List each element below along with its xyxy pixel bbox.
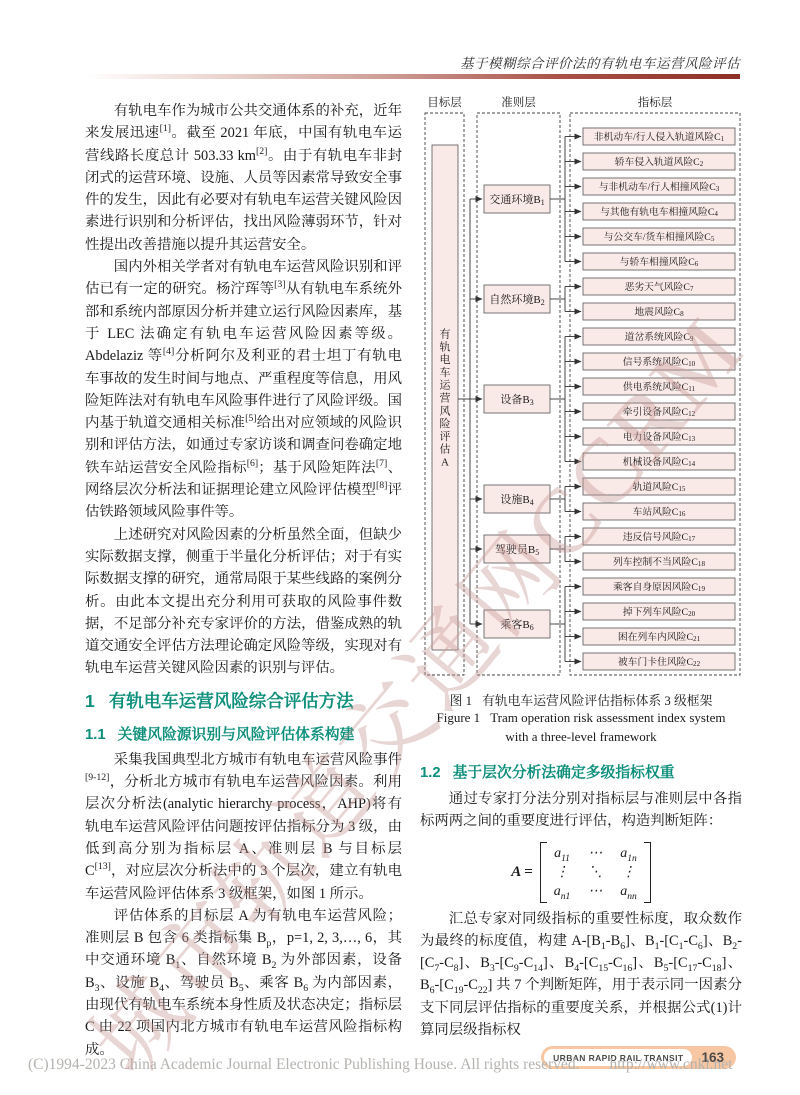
matrix-cell: ⋮: [620, 863, 637, 882]
cnki-url: http://www.cnki.net: [609, 1056, 732, 1073]
paragraph-literature: 国内外相关学者对有轨电车运营风险识别和评估已有一定的研究。杨泞珲等[3]从有轨电…: [85, 256, 402, 524]
svg-text:交通环境B1: 交通环境B1: [489, 192, 544, 207]
matrix-cell: ann: [620, 882, 637, 901]
svg-text:指标层: 指标层: [638, 95, 673, 109]
matrix-cell: an1: [554, 882, 571, 901]
svg-text:自然环境B2: 自然环境B2: [489, 292, 544, 307]
svg-text:设备B3: 设备B3: [500, 393, 533, 407]
svg-text:供电系统风险C11: 供电系统风险C11: [623, 380, 696, 393]
svg-text:与公交车/货车相撞风险C5: 与公交车/货车相撞风险C5: [604, 230, 715, 243]
paragraph-index-layers: 评估体系的目标层 A 为有轨电车运营风险；准则层 B 包含 6 类指标集 Bp，…: [85, 905, 402, 1061]
copyright-text: (C)1994-2023 China Academic Journal Elec…: [28, 1056, 579, 1073]
section-1-1-heading: 1.1关键风险源识别与风险评估体系构建: [85, 723, 402, 744]
figure-1-caption-zh-number: 图 1: [450, 694, 472, 708]
section-1-1-number: 1.1: [85, 727, 106, 743]
svg-text:牵引设备风险C12: 牵引设备风险C12: [623, 405, 696, 418]
matrix-entries: a11 ⋯ a1n ⋮ ⋱ ⋮ an1 ⋯ ann: [547, 842, 644, 903]
svg-text:被车门卡住风险C22: 被车门卡住风险C22: [618, 655, 701, 668]
judgment-matrix-equation: A = a11 ⋯ a1n ⋮ ⋱ ⋮ an1 ⋯ ann: [420, 842, 742, 903]
svg-text:与其他有轨电车相撞风险C4: 与其他有轨电车相撞风险C4: [600, 205, 718, 218]
svg-text:轿车侵入轨道风险C2: 轿车侵入轨道风险C2: [615, 155, 704, 168]
svg-text:困在列车内风险C21: 困在列车内风险C21: [618, 630, 701, 643]
svg-text:有: 有: [440, 328, 451, 341]
matrix-right-bracket: [644, 842, 651, 903]
svg-text:列车控制不当风险C18: 列车控制不当风险C18: [613, 555, 705, 568]
svg-text:轨: 轨: [440, 339, 451, 353]
matrix-cell: a11: [554, 844, 571, 863]
svg-text:A: A: [441, 457, 449, 469]
svg-text:非机动车/行人侵入轨道风险C1: 非机动车/行人侵入轨道风险C1: [594, 130, 725, 143]
svg-text:车站风险C16: 车站风险C16: [633, 505, 686, 518]
section-1-1-title: 关键风险源识别与风险评估体系构建: [118, 727, 355, 743]
matrix-cell: ⋱: [588, 863, 602, 882]
matrix-cell: ⋮: [554, 863, 571, 882]
paragraph-judgment-matrix-intro: 通过专家打分法分别对指标层与准则层中各指标两两之间的重要度进行评估，构造判断矩阵…: [420, 788, 742, 833]
svg-text:电力设备风险C13: 电力设备风险C13: [623, 430, 696, 443]
paragraph-seven-matrices: 汇总专家对同级指标的重要性标度，取众数作为最终的标度值，构建 A-[B1-B6]…: [420, 908, 742, 1042]
svg-text:电: 电: [440, 352, 451, 366]
paper-page: 基于模糊综合评价法的有轨电车运营风险评估 有轨电车作为城市公共交通体系的补充，近…: [0, 0, 800, 1095]
matrix-left-bracket: [540, 842, 547, 903]
svg-text:设施B4: 设施B4: [500, 493, 533, 507]
svg-text:评: 评: [440, 430, 451, 443]
matrix-cell: ⋯: [588, 882, 602, 901]
figure-1-diagram: 目标层准则层指标层有轨电车运营风险评估A非机动车/行人侵入轨道风险C1轿车侵入轨…: [420, 93, 742, 685]
section-1-2-heading: 1.2基于层次分析法确定多级指标权重: [420, 761, 742, 782]
matrix-cell: ⋯: [588, 844, 602, 863]
section-1-2-number: 1.2: [420, 765, 441, 781]
svg-text:信号系统风险C10: 信号系统风险C10: [623, 355, 696, 368]
svg-text:风: 风: [440, 404, 451, 417]
svg-text:道岔系统风险C9: 道岔系统风险C9: [625, 330, 694, 343]
figure-1-caption-en-number: Figure 1: [436, 710, 480, 725]
right-column: 目标层准则层指标层有轨电车运营风险评估A非机动车/行人侵入轨道风险C1轿车侵入轨…: [420, 93, 742, 1041]
svg-text:目标层: 目标层: [427, 95, 462, 109]
section-1-title: 有轨电车运营风险综合评估方法: [109, 691, 354, 711]
figure-1-caption-zh-text: 有轨电车运营风险评估指标体系 3 级框架: [482, 694, 712, 708]
svg-text:机械设备风险C14: 机械设备风险C14: [623, 455, 696, 468]
paragraph-intro: 有轨电车作为城市公共交通体系的补充，近年来发展迅速[1]。截至 2021 年底，…: [85, 100, 402, 256]
svg-text:与非机动车/行人相撞风险C3: 与非机动车/行人相撞风险C3: [599, 180, 720, 193]
figure-1-caption-zh: 图 1有轨电车运营风险评估指标体系 3 级框架: [420, 690, 742, 709]
matrix-cell: a1n: [620, 844, 637, 863]
copyright-line: (C)1994-2023 China Academic Journal Elec…: [28, 1056, 732, 1074]
svg-text:营: 营: [440, 391, 451, 405]
figure-1-caption-en-line2: with a three-level framework: [420, 728, 742, 747]
svg-text:运: 运: [440, 379, 452, 392]
svg-text:违反信号风险C17: 违反信号风险C17: [623, 530, 696, 543]
svg-text:车: 车: [440, 366, 451, 379]
paragraph-ahp-method: 采集我国典型北方城市有轨电车运营风险事件[9-12]，分析北方城市有轨电车运营风…: [85, 749, 402, 905]
paragraph-motivation: 上述研究对风险因素的分析虽然全面，但缺少实际数据支撑，侧重于半量化分析评估；对于…: [85, 524, 402, 680]
figure-1-caption-en: Figure 1Tram operation risk assessment i…: [420, 709, 742, 728]
svg-text:估: 估: [440, 442, 451, 456]
svg-text:与轿车相撞风险C6: 与轿车相撞风险C6: [620, 255, 699, 268]
left-column: 有轨电车作为城市公共交通体系的补充，近年来发展迅速[1]。截至 2021 年底，…: [85, 100, 402, 1061]
section-1-2-title: 基于层次分析法确定多级指标权重: [453, 765, 675, 781]
svg-text:险: 险: [440, 416, 451, 430]
matrix-lhs: A =: [511, 864, 532, 881]
svg-text:乘客B6: 乘客B6: [500, 617, 533, 632]
svg-text:准则层: 准则层: [501, 95, 536, 109]
svg-text:乘客自身原因风险C19: 乘客自身原因风险C19: [613, 580, 705, 593]
svg-text:驾驶员B5: 驾驶员B5: [495, 542, 539, 557]
header-gradient-rule: [85, 74, 740, 79]
section-1-number: 1: [85, 691, 95, 711]
svg-text:掉下列车风险C20: 掉下列车风险C20: [623, 605, 696, 618]
running-head: 基于模糊综合评价法的有轨电车运营风险评估: [460, 52, 740, 72]
figure-1-caption-en-text: Tram operation risk assessment index sys…: [490, 710, 725, 725]
section-1-heading: 1有轨电车运营风险综合评估方法: [85, 688, 402, 713]
svg-text:轨道风险C15: 轨道风险C15: [633, 480, 686, 493]
svg-text:恶劣天气风险C7: 恶劣天气风险C7: [625, 280, 694, 293]
svg-text:地震风险C8: 地震风险C8: [634, 305, 684, 318]
